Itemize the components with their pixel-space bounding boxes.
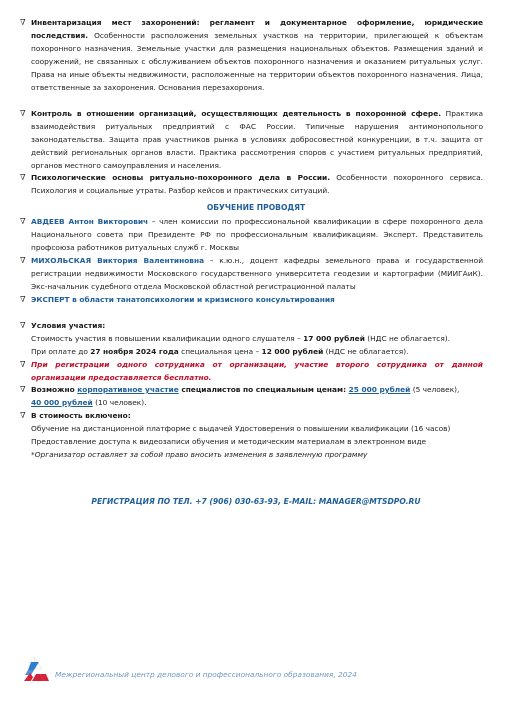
bullet-triangle-icon: ∇: [20, 17, 30, 30]
special-price-mid: специальная цена –: [179, 347, 262, 356]
bullet-triangle-icon: ∇: [20, 108, 30, 121]
bullet-triangle-icon: ∇: [20, 410, 30, 423]
included-title: В стоимость включено:: [31, 410, 483, 423]
special-price-label: При оплате до: [31, 347, 90, 356]
document-page: ∇ Инвентаризация мест захоронений: регла…: [0, 0, 512, 724]
included-block: ∇ В стоимость включено: Обучение на дист…: [20, 410, 483, 462]
footer-text: Межрегиональный центр делового и професс…: [55, 670, 357, 679]
bullet-triangle-icon: ∇: [20, 384, 30, 397]
vat-note: (НДС не облагается).: [365, 334, 450, 343]
special-price-line: При оплате до 27 ноября 2024 года специа…: [31, 346, 483, 359]
trainer-item: ∇ ЭКСПЕРТ в области танатопсихологии и к…: [20, 294, 483, 307]
topic-item: ∇ Психологические основы ритуально-похор…: [20, 172, 483, 198]
bullet-triangle-icon: ∇: [20, 359, 30, 372]
price-10-people-link[interactable]: 40 000 рублей: [31, 398, 93, 407]
people-10: (10 человек).: [93, 398, 147, 407]
bullet-triangle-icon: ∇: [20, 255, 30, 268]
organization-logo-icon: [22, 656, 50, 682]
price-5-people-link[interactable]: 25 000 рублей: [349, 385, 411, 394]
bullet-triangle-icon: ∇: [20, 294, 30, 307]
corporate-participation-link[interactable]: корпоративное участие: [77, 385, 179, 394]
trainer-name: МИХОЛЬСКАЯ Виктория Валентиновна: [31, 256, 204, 265]
trainers-heading: ОБУЧЕНИЕ ПРОВОДЯТ: [0, 203, 512, 212]
promo-text: При регистрации одного сотрудника от орг…: [31, 360, 483, 382]
bullet-triangle-icon: ∇: [20, 320, 30, 333]
full-price: 17 000 рублей: [303, 334, 365, 343]
topic-text: Особенности расположения земельных участ…: [31, 31, 483, 92]
corporate-block: ∇ Возможно корпоративное участие специал…: [20, 384, 483, 410]
price-line: Стоимость участия в повышении квалификац…: [31, 333, 483, 346]
trainer-name: АВДЕЕВ Антон Викторович: [31, 217, 148, 226]
corporate-mid: специалистов по специальным ценам:: [179, 385, 349, 394]
trainer-item: ∇ МИХОЛЬСКАЯ Виктория Валентиновна – к.ю…: [20, 255, 483, 294]
topic-title: Психологические основы ритуально-похорон…: [31, 173, 330, 182]
conditions-block: ∇ Условия участия: Стоимость участия в п…: [20, 320, 483, 359]
deadline-date: 27 ноября 2024 года: [90, 347, 179, 356]
included-line: Обучение на дистанционной платформе с вы…: [31, 423, 483, 436]
price-label: Стоимость участия в повышении квалификац…: [31, 334, 303, 343]
people-5: (5 человек),: [410, 385, 459, 394]
bullet-triangle-icon: ∇: [20, 216, 30, 229]
topic-title: Контроль в отношении организаций, осущес…: [31, 109, 441, 118]
footer: Межрегиональный центр делового и професс…: [22, 656, 492, 686]
registration-contacts: РЕГИСТРАЦИЯ ПО ТЕЛ. +7 (906) 030-63-93, …: [0, 497, 512, 506]
conditions-title: Условия участия:: [31, 320, 483, 333]
bullet-triangle-icon: ∇: [20, 172, 30, 185]
promo-block: ∇ При регистрации одного сотрудника от о…: [20, 359, 483, 385]
special-price: 12 000 рублей: [262, 347, 324, 356]
trainer-name: ЭКСПЕРТ в области танатопсихологии и кри…: [31, 295, 335, 304]
corporate-pre: Возможно: [31, 385, 77, 394]
trainer-item: ∇ АВДЕЕВ Антон Викторович – член комисси…: [20, 216, 483, 255]
topic-item: ∇ Контроль в отношении организаций, осущ…: [20, 108, 483, 173]
included-line: Предоставление доступа к видеозаписи обу…: [31, 436, 483, 449]
topic-item: ∇ Инвентаризация мест захоронений: регла…: [20, 17, 483, 94]
vat-note: (НДС не облагается).: [323, 347, 408, 356]
organizer-note: *Организатор оставляет за собой право вн…: [31, 449, 483, 462]
topic-text: Практика взаимодействия ритуальных предп…: [31, 109, 483, 170]
